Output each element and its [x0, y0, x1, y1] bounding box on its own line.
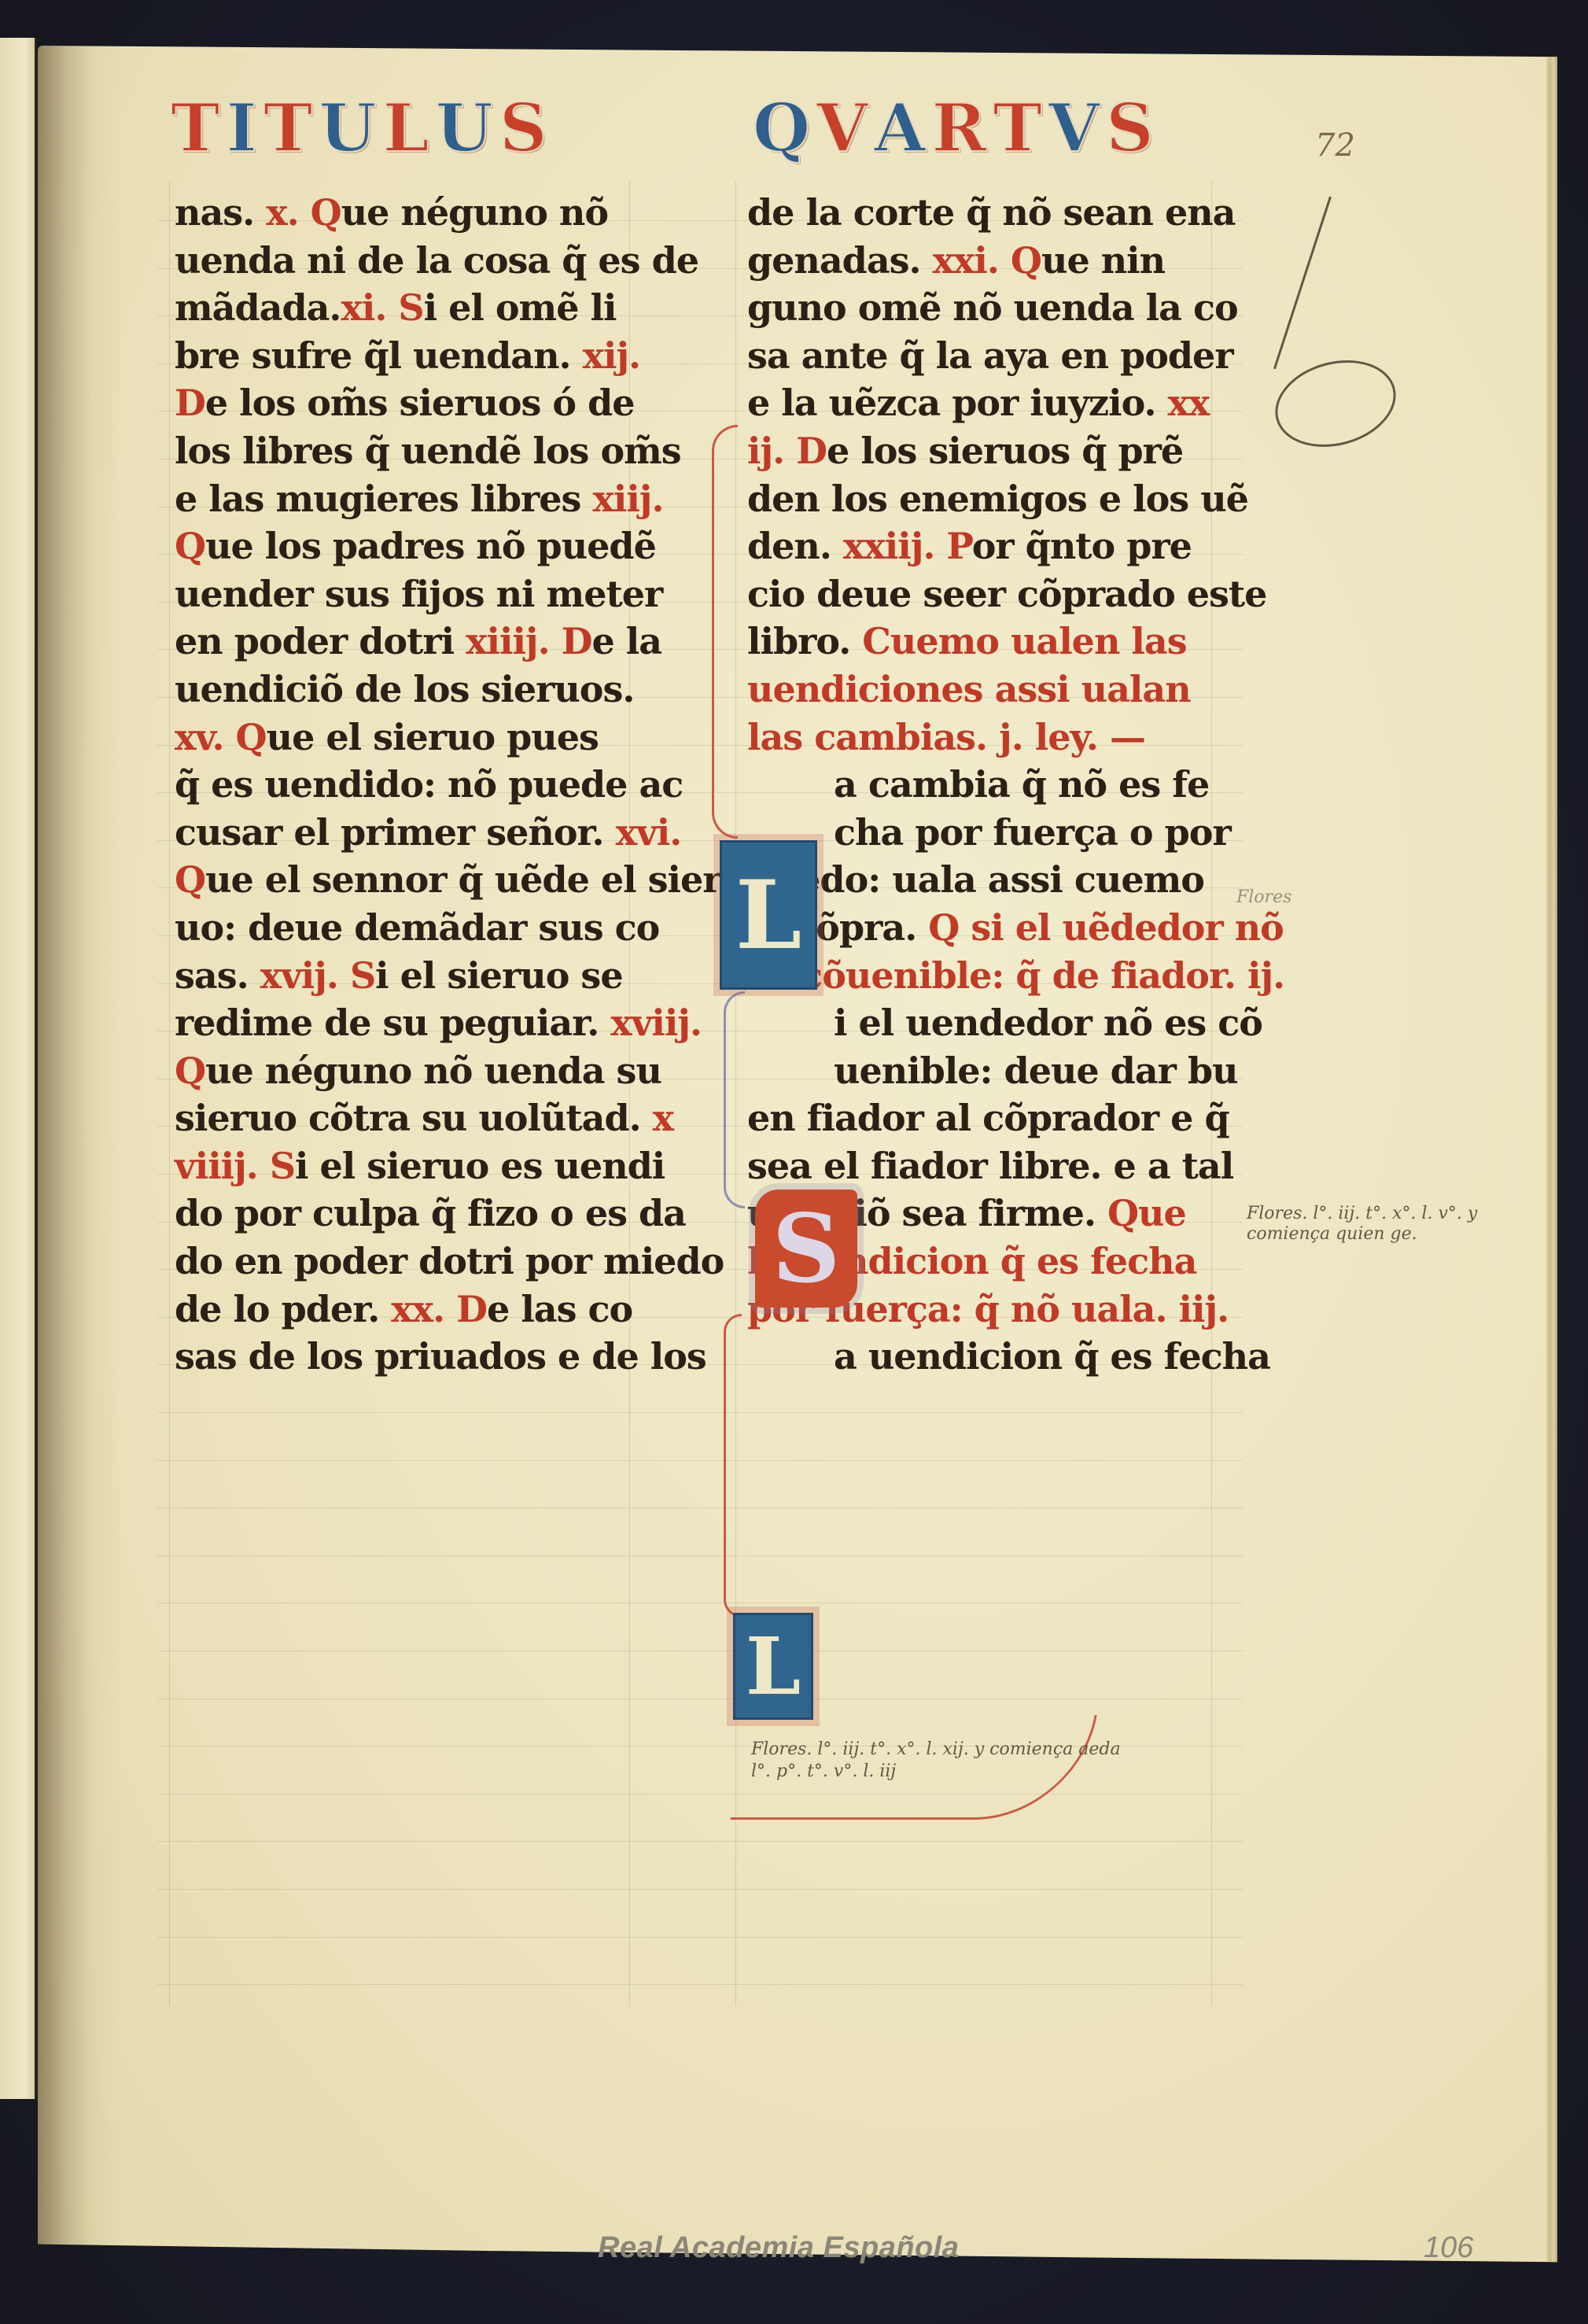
- decorated-initial-l: L: [720, 840, 817, 990]
- body-text: bre sufre q̃l uendan.: [175, 334, 583, 377]
- decorated-initial-l: L: [733, 1613, 813, 1720]
- text-line: cusar el primer señor. xvi.: [175, 809, 654, 857]
- text-line: mãdada.xi. Si el omẽ li: [175, 284, 654, 332]
- body-text: do por culpa q̃ fizo o es da: [175, 1192, 686, 1234]
- rubric-text: Q: [175, 1049, 205, 1092]
- text-line: es cõuenible: q̃ de fiador. ij.: [747, 952, 1235, 1000]
- ruling-line: [157, 1794, 1243, 1795]
- text-line: cio deue seer cõprado este: [747, 570, 1235, 618]
- rubric-text: x: [653, 1097, 673, 1139]
- ruling-bound: [169, 181, 170, 2006]
- title-letter: V: [1047, 93, 1101, 164]
- body-text: e la uẽzca por iuyzio.: [747, 382, 1167, 424]
- decorated-initial-s: S: [755, 1190, 857, 1308]
- page-fore-edge: [1546, 46, 1557, 2280]
- pen-flourish: [712, 425, 738, 839]
- rubric-text: Q si el uẽdedor nõ: [928, 906, 1284, 949]
- rubric-text: xxi. Q: [933, 239, 1041, 282]
- title-letter: Q: [751, 93, 812, 164]
- text-line: do en poder dotri por miedo: [175, 1238, 654, 1286]
- body-text: ue néguno nõ uenda su: [205, 1049, 661, 1092]
- body-text: i el omẽ li: [424, 286, 617, 329]
- marginal-note-right: Flores. l°. iij. t°. x°. l. v°. y comien…: [1247, 1204, 1477, 1245]
- body-text: de lo pder.: [175, 1288, 391, 1330]
- text-line: cha por fuerça o por: [747, 809, 1235, 857]
- body-text: sas de los priuados e de los: [175, 1335, 706, 1378]
- marginal-note-line: comiença quien ge.: [1247, 1224, 1477, 1245]
- body-text: genadas.: [747, 239, 933, 282]
- body-text: ue el sieruo pues: [267, 716, 599, 758]
- body-text: a uendicion q̃ es fecha: [834, 1335, 1270, 1378]
- marginal-scribble: [1274, 197, 1392, 456]
- marginal-note-line: l°. p°. t°. v°. l. iij: [751, 1761, 1121, 1783]
- previous-leaf-edge: [0, 38, 37, 2099]
- body-text: q̃ es uendido: nõ puede ac: [175, 763, 683, 806]
- title-letter: S: [498, 93, 549, 164]
- text-line: q̃ es uendido: nõ puede ac: [175, 761, 654, 809]
- title-letter: T: [262, 93, 315, 164]
- text-line: viiij. Si el sieruo es uendi: [175, 1142, 654, 1190]
- body-text: cha por fuerça o por: [834, 811, 1231, 854]
- rubric-text: x. Q: [266, 191, 341, 234]
- text-line: genadas. xxi. Que nin: [747, 237, 1235, 285]
- rubric-text: uendiciones assi ualan: [747, 668, 1191, 710]
- body-text: den los enemigos e los uẽ: [747, 478, 1248, 520]
- title-letter: U: [317, 93, 378, 164]
- body-text: uendiciõ de los sieruos.: [175, 668, 634, 710]
- body-text: en fiador al cõprador e q̃: [747, 1097, 1229, 1139]
- marginal-note-bottom: Flores. l°. iij. t°. x°. l. xij. y comie…: [751, 1739, 1121, 1783]
- title-letter: V: [815, 93, 869, 164]
- text-line: uendiciones assi ualan: [747, 666, 1235, 714]
- text-line: uenible: deue dar bu: [747, 1047, 1235, 1095]
- body-text: sa ante q̃ la aya en poder: [747, 334, 1233, 377]
- rubric-text: Que: [1107, 1192, 1186, 1234]
- body-text: nas.: [175, 191, 266, 234]
- text-line: libro. Cuemo ualen las: [747, 618, 1235, 666]
- ruling-line: [157, 1651, 1243, 1651]
- text-line: las cambias. j. ley. —: [747, 714, 1235, 762]
- text-line: e la uẽzca por iuyzio. xx: [747, 379, 1235, 427]
- text-line: uenda ni de la cosa q̃ es de: [175, 237, 654, 285]
- body-text: i el sieruo es uendi: [295, 1145, 665, 1187]
- text-line: sea el fiador libre. e a tal: [747, 1142, 1235, 1190]
- body-text: los libres q̃ uendẽ los om̃s: [175, 430, 681, 472]
- text-line: Que el sennor q̃ uẽde el sier: [175, 856, 654, 904]
- body-text: redime de su peguiar.: [175, 1002, 610, 1044]
- rubric-text: xx: [1167, 382, 1209, 424]
- ruling-line: [157, 1460, 1243, 1461]
- title-letter: T: [991, 93, 1044, 164]
- body-text: a cambia q̃ nõ es fe: [834, 763, 1209, 806]
- rubric-text: xi. S: [341, 286, 423, 329]
- scribble-loop: [1266, 348, 1406, 460]
- body-text: sieruo cõtra su uolũtad.: [175, 1097, 653, 1139]
- text-line: De los om̃s sieruos ó de: [175, 379, 654, 427]
- rubric-text: xij.: [583, 334, 641, 377]
- ruling-line: [157, 1507, 1243, 1508]
- rubric-text: xv. Q: [175, 716, 267, 758]
- text-line: uo: deue demãdar sus co: [175, 904, 654, 952]
- text-line: los libres q̃ uendẽ los om̃s: [175, 427, 654, 475]
- body-text: ue nin: [1041, 239, 1165, 282]
- watermark: Real Academia Española: [598, 2231, 959, 2265]
- text-line: bre sufre q̃l uendan. xij.: [175, 332, 654, 380]
- text-line: Que los padres nõ puedẽ: [175, 522, 654, 570]
- text-line: redime de su peguiar. xviij.: [175, 999, 654, 1047]
- text-line: Que néguno nõ uenda su: [175, 1047, 654, 1095]
- rubric-text: xviij.: [610, 1002, 702, 1044]
- text-line: den. xxiij. Por q̃nto pre: [747, 522, 1235, 570]
- rubric-text: las cambias. j. ley. —: [747, 716, 1145, 758]
- body-text: uenda ni de la cosa q̃ es de: [175, 239, 698, 282]
- ruling-line: [157, 1889, 1243, 1890]
- text-line: de lo pder. xx. De las co: [175, 1286, 654, 1334]
- rubric-text: ij. D: [747, 430, 827, 472]
- body-text: cusar el primer señor.: [175, 811, 616, 854]
- body-text: i el uendedor nõ es cõ: [834, 1002, 1262, 1044]
- rubric-text: D: [175, 382, 205, 424]
- body-text: e la: [592, 620, 662, 662]
- body-text: en poder dotri: [175, 620, 466, 662]
- body-text: libro.: [747, 620, 862, 662]
- pen-flourish: [724, 1314, 742, 1618]
- title-letter: A: [872, 93, 927, 164]
- ruling-line: [157, 1603, 1243, 1603]
- body-text: uender sus fijos ni meter: [175, 573, 662, 615]
- marginal-folio-number: 72: [1315, 127, 1355, 164]
- title-letter: S: [1104, 93, 1155, 164]
- body-text: guno omẽ nõ uenda la co: [747, 286, 1238, 329]
- rubric-text: xx. D: [391, 1288, 487, 1330]
- ruling-line: [157, 1841, 1243, 1842]
- text-line: nas. x. Que néguno nõ: [175, 189, 654, 237]
- title-letter: R: [930, 93, 989, 164]
- text-line: den los enemigos e los uẽ: [747, 475, 1235, 523]
- body-text: or q̃nto pre: [972, 525, 1192, 567]
- running-title-quartus: QVARTVS: [751, 85, 1155, 164]
- body-text: uenible: deue dar bu: [834, 1049, 1238, 1092]
- title-letter: T: [169, 93, 222, 164]
- scribble-stroke: [1273, 197, 1332, 370]
- title-letter: I: [225, 93, 259, 164]
- title-letter: L: [381, 93, 431, 164]
- body-text: de la corte q̃ nõ sean ena: [747, 191, 1235, 234]
- body-text: cio deue seer cõprado este: [747, 573, 1266, 615]
- body-text: e las co: [487, 1288, 632, 1330]
- ruling-line: [157, 1699, 1243, 1699]
- text-line: xv. Que el sieruo pues: [175, 714, 654, 762]
- text-column-left: nas. x. Que néguno nõuenda ni de la cosa…: [175, 189, 654, 1381]
- folio-number: 106: [1424, 2231, 1473, 2265]
- text-line: guno omẽ nõ uenda la co: [747, 284, 1235, 332]
- marginal-note-line: Flores. l°. iij. t°. x°. l. xij. y comie…: [751, 1739, 1121, 1761]
- rubric-text: xvij. S: [260, 954, 376, 997]
- body-text: ue los padres nõ puedẽ: [205, 525, 656, 567]
- ruling-line: [157, 1412, 1243, 1413]
- rubric-text: xvi.: [616, 811, 682, 854]
- text-line: uender sus fijos ni meter: [175, 570, 654, 618]
- rubric-text: viiij. S: [175, 1145, 295, 1187]
- text-line: de la corte q̃ nõ sean ena: [747, 189, 1235, 237]
- rubric-text: Q: [175, 858, 205, 901]
- text-line: en poder dotri xiiij. De la: [175, 618, 654, 666]
- pen-flourish: [724, 991, 745, 1208]
- text-line: sas. xvij. Si el sieruo se: [175, 952, 654, 1000]
- body-text: do en poder dotri por miedo: [175, 1240, 724, 1282]
- rubric-text: xiiij. D: [466, 620, 591, 662]
- body-text: e los om̃s sieruos ó de: [205, 382, 635, 424]
- title-letter: U: [434, 93, 495, 164]
- rubric-text: es cõuenible: q̃ de fiador. ij.: [747, 954, 1284, 997]
- text-line: sas de los priuados e de los: [175, 1333, 654, 1381]
- rubric-text: xiij.: [592, 478, 663, 520]
- text-line: uendiciõ de los sieruos.: [175, 666, 654, 714]
- text-line: a cambia q̃ nõ es fe: [747, 761, 1235, 809]
- rubric-text: xxiij. P: [843, 525, 972, 567]
- ruling-line: [157, 1937, 1243, 1938]
- text-line: ij. De los sieruos q̃ prẽ: [747, 427, 1235, 475]
- body-text: ue el sennor q̃ uẽde el sier: [205, 858, 720, 901]
- rubric-text: Cuemo ualen las: [862, 620, 1186, 662]
- body-text: sas.: [175, 954, 260, 997]
- text-line: do por culpa q̃ fizo o es da: [175, 1190, 654, 1238]
- text-line: i el uendedor nõ es cõ: [747, 999, 1235, 1047]
- body-text: i el sieruo se: [375, 954, 622, 997]
- marginal-flores-label: Flores: [1236, 887, 1291, 907]
- body-text: e las mugieres libres: [175, 478, 592, 520]
- body-text: ue néguno nõ: [341, 191, 608, 234]
- text-line: e las mugieres libres xiij.: [175, 475, 654, 523]
- text-line: sieruo cõtra su uolũtad. x: [175, 1094, 654, 1142]
- text-line: miedo: uala assi cuemo: [747, 856, 1235, 904]
- body-text: mãdada.: [175, 286, 341, 329]
- body-text: uo: deue demãdar sus co: [175, 906, 659, 949]
- text-line: en fiador al cõprador e q̃: [747, 1094, 1235, 1142]
- rubric-text: Q: [175, 525, 205, 567]
- running-title-titulus: TITULUS: [169, 85, 549, 164]
- body-text: den.: [747, 525, 843, 567]
- body-text: e los sieruos q̃ prẽ: [827, 430, 1183, 472]
- ruling-line: [157, 1555, 1243, 1556]
- text-line: sa ante q̃ la aya en poder: [747, 332, 1235, 380]
- text-line: la cõpra. Q si el uẽdedor nõ: [747, 904, 1235, 952]
- ruling-line: [157, 1984, 1243, 1985]
- marginal-note-line: Flores. l°. iij. t°. x°. l. v°. y: [1247, 1204, 1477, 1224]
- body-text: sea el fiador libre. e a tal: [747, 1145, 1233, 1187]
- text-line: a uendicion q̃ es fecha: [747, 1333, 1235, 1381]
